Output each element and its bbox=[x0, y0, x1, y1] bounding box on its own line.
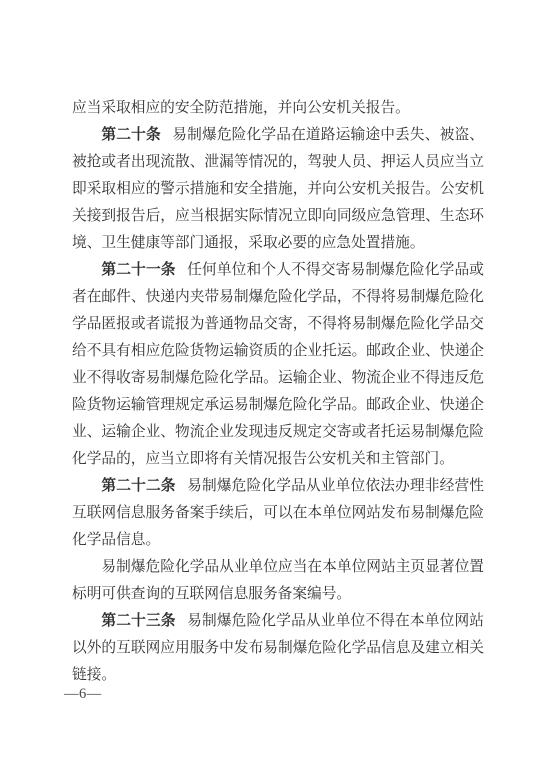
paragraph: 第二十一条任何单位和个人不得交寄易制爆危险化学品或者在邮件、快递内夹带易制爆危险… bbox=[72, 257, 484, 473]
paragraph: 应当采取相应的安全防范措施，并向公安机关报告。 bbox=[72, 95, 484, 122]
paragraph-text: 任何单位和个人不得交寄易制爆危险化学品或者在邮件、快递内夹带易制爆危险化学品，不… bbox=[72, 262, 484, 467]
article-number: 第二十三条 bbox=[101, 613, 175, 629]
document-body: 应当采取相应的安全防范措施，并向公安机关报告。第二十条易制爆危险化学品在道路运输… bbox=[72, 95, 484, 689]
paragraph-text: 易制爆危险化学品从业单位应当在本单位网站主页显著位置标明可供查询的互联网信息服务… bbox=[72, 559, 484, 602]
paragraph-text: 应当采取相应的安全防范措施，并向公安机关报告。 bbox=[72, 100, 410, 116]
article-number: 第二十二条 bbox=[101, 478, 175, 494]
paragraph: 第二十条易制爆危险化学品在道路运输途中丢失、被盗、被抢或者出现流散、泄漏等情况的… bbox=[72, 122, 484, 257]
article-number: 第二十一条 bbox=[101, 262, 175, 278]
paragraph: 第二十二条易制爆危险化学品从业单位依法办理非经营性互联网信息服务备案手续后，可以… bbox=[72, 473, 484, 554]
article-number: 第二十条 bbox=[101, 127, 160, 143]
paragraph: 第二十三条易制爆危险化学品从业单位不得在本单位网站以外的互联网应用服务中发布易制… bbox=[72, 608, 484, 689]
page-number: —6— bbox=[64, 686, 102, 702]
paragraph-text: 易制爆危险化学品在道路运输途中丢失、被盗、被抢或者出现流散、泄漏等情况的，驾驶人… bbox=[72, 127, 484, 251]
paragraph: 易制爆危险化学品从业单位应当在本单位网站主页显著位置标明可供查询的互联网信息服务… bbox=[72, 554, 484, 608]
document-page: 应当采取相应的安全防范措施，并向公安机关报告。第二十条易制爆危险化学品在道路运输… bbox=[0, 0, 552, 782]
